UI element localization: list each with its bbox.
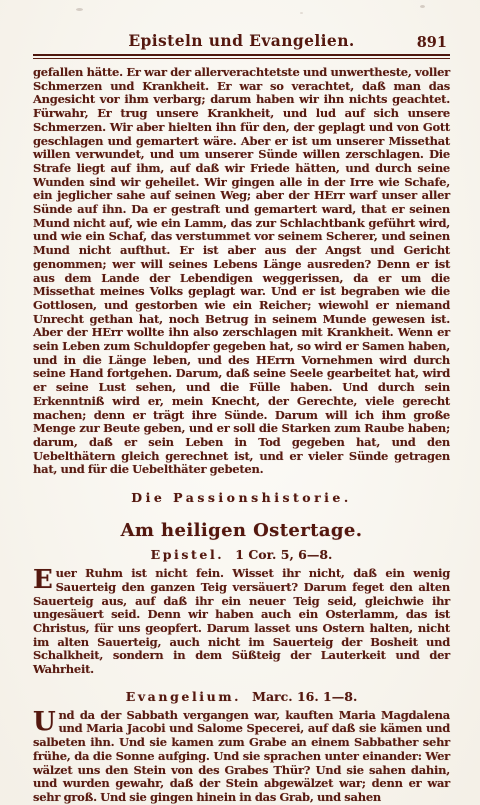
running-header: Episteln und Evangelien. 891 [33,0,450,50]
passion-history-heading: Die Passionshistorie. [33,490,450,505]
running-header-title: Episteln und Evangelien. [33,31,450,50]
epistle-subheading: Epistel.1 Cor. 5, 6—8. [33,547,450,562]
gospel-text-paragraph: Und da der Sabbath vergangen war, kaufte… [33,709,450,805]
epistle-continuation-paragraph: gefallen hätte. Er war der allerverachte… [33,66,450,477]
gospel-reference: Marc. 16. 1—8. [252,689,357,704]
book-page-scan: Episteln und Evangelien. 891 gefallen hä… [0,0,480,805]
header-double-rule [33,54,450,59]
easter-day-heading: Am heiligen Ostertage. [33,520,450,541]
epistle-reference: 1 Cor. 5, 6—8. [235,547,332,562]
gospel-text: nd da der Sabbath vergangen war, kauften… [33,708,450,804]
epistle-label: Epistel. [151,547,225,562]
gospel-label: Evangelium. [126,689,241,704]
page-number: 891 [417,34,447,51]
gospel-drop-cap: U [33,709,58,733]
epistle-text-paragraph: Euer Ruhm ist nicht fein. Wisset ihr nic… [33,567,450,677]
epistle-drop-cap: E [33,567,56,591]
text-column: Episteln und Evangelien. 891 gefallen hä… [33,0,450,805]
epistle-text: uer Ruhm ist nicht fein. Wisset ihr nich… [33,566,450,676]
gospel-subheading: Evangelium.Marc. 16. 1—8. [33,689,450,704]
